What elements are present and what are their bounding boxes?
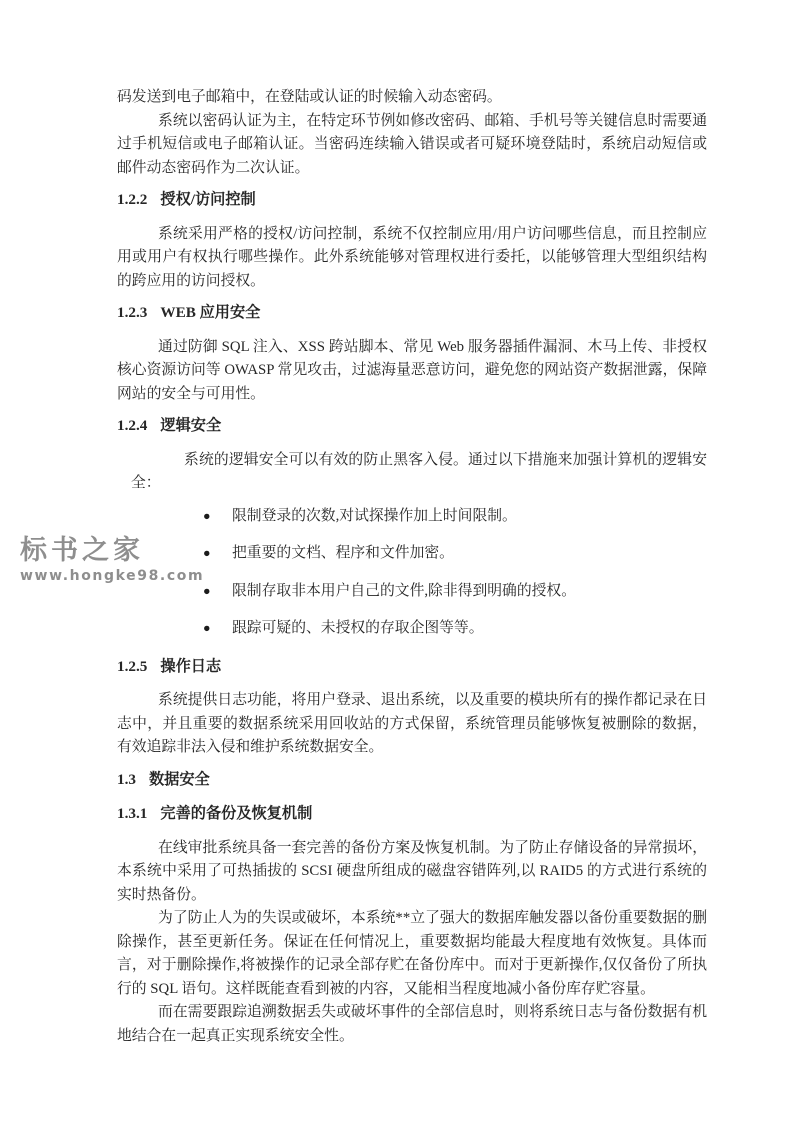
paragraph-backup-raid: 在线审批系统具备一套完善的备份方案及恢复机制。为了防止存储设备的异常损坏，本系统… — [117, 837, 707, 908]
paragraph-backup-trace: 而在需要跟踪追溯数据丢失或破坏事件的全部信息时，则将系统日志与备份数据有机地结合… — [117, 1001, 707, 1048]
list-item: ●把重要的文档、程序和文件加密。 — [203, 542, 707, 566]
heading-number: 1.3.1 — [117, 805, 147, 822]
document-page: 标书之家 www.hongke98.com 码发送到电子邮箱中，在登陆或认证的时… — [0, 0, 793, 1122]
paragraph-web-security: 通过防御 SQL 注入、XSS 跨站脚本、常见 Web 服务器插件漏洞、木马上传… — [117, 336, 707, 407]
document-content: 码发送到电子邮箱中，在登陆或认证的时候输入动态密码。 系统以密码认证为主，在特定… — [117, 86, 707, 1048]
heading-title: 授权/访问控制 — [160, 191, 255, 208]
list-item: ●跟踪可疑的、未授权的存取企图等等。 — [203, 617, 707, 641]
list-item-text: 把重要的文档、程序和文件加密。 — [232, 545, 454, 561]
list-item: ●限制登录的次数,对试探操作加上时间限制。 — [203, 505, 707, 529]
paragraph-password-auth: 系统以密码认证为主，在特定环节例如修改密码、邮箱、手机号等关键信息时需要通过手机… — [117, 110, 707, 181]
paragraph-logic-security: 系统的逻辑安全可以有效的防止黑客入侵。通过以下措施来加强计算机的逻辑安全： — [131, 449, 707, 496]
list-item: ●限制存取非本用户自己的文件,除非得到明确的授权。 — [203, 580, 707, 604]
bullet-dot-icon: ● — [203, 617, 232, 641]
heading-title: 操作日志 — [160, 658, 221, 675]
heading-1-3-1: 1.3.1完善的备份及恢复机制 — [117, 802, 707, 826]
bullet-list: ●限制登录的次数,对试探操作加上时间限制。 ●把重要的文档、程序和文件加密。 ●… — [117, 505, 707, 641]
list-item-text: 限制存取非本用户自己的文件,除非得到明确的授权。 — [232, 583, 576, 599]
heading-1-3: 1.3数据安全 — [117, 768, 707, 792]
bullet-dot-icon: ● — [203, 505, 232, 529]
bullet-dot-icon: ● — [203, 580, 232, 604]
heading-1-2-2: 1.2.2授权/访问控制 — [117, 188, 707, 212]
bullet-dot-icon: ● — [203, 542, 232, 566]
heading-title: 逻辑安全 — [160, 417, 221, 434]
heading-number: 1.2.2 — [117, 191, 147, 208]
heading-number: 1.2.4 — [117, 417, 147, 434]
heading-title: 数据安全 — [149, 771, 210, 788]
heading-number: 1.2.5 — [117, 658, 147, 675]
heading-1-2-4: 1.2.4逻辑安全 — [117, 414, 707, 438]
heading-number: 1.3 — [117, 771, 136, 788]
paragraph-operation-log: 系统提供日志功能，将用户登录、退出系统，以及重要的模块所有的操作都记录在日志中，… — [117, 689, 707, 760]
heading-1-2-5: 1.2.5操作日志 — [117, 655, 707, 679]
paragraph-continuation: 码发送到电子邮箱中，在登陆或认证的时候输入动态密码。 — [117, 86, 707, 110]
paragraph-access-control: 系统采用严格的授权/访问控制，系统不仅控制应用/用户访问哪些信息，而且控制应用或… — [117, 223, 707, 294]
paragraph-backup-trigger: 为了防止人为的失误或破坏，本系统**立了强大的数据库触发器以备份重要数据的删除操… — [117, 907, 707, 1001]
list-item-text: 跟踪可疑的、未授权的存取企图等等。 — [232, 620, 484, 636]
heading-number: 1.2.3 — [117, 304, 147, 321]
heading-1-2-3: 1.2.3WEB 应用安全 — [117, 301, 707, 325]
heading-title: 完善的备份及恢复机制 — [160, 805, 312, 822]
list-item-text: 限制登录的次数,对试探操作加上时间限制。 — [232, 508, 517, 524]
heading-title: WEB 应用安全 — [160, 304, 260, 321]
